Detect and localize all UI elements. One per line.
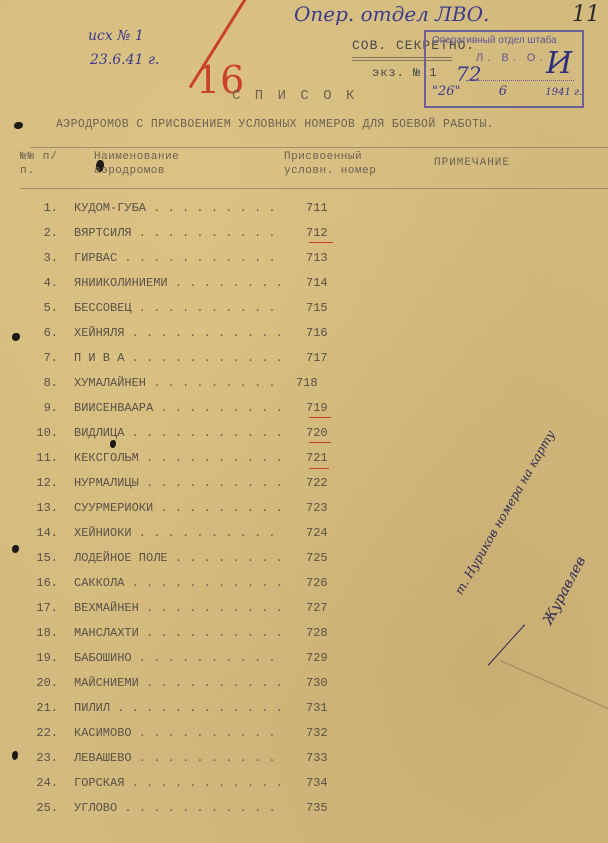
row-aerodrome-name: ВИИСЕНВААРА [74, 401, 284, 415]
outgoing-number: исх № 1 [88, 28, 144, 44]
row-code: 723 [306, 501, 328, 515]
row-code: 712 [306, 226, 328, 240]
row-aerodrome-name: ГИРВАС [74, 251, 284, 265]
header-name: Наименование аэродромов [94, 150, 204, 178]
row-code: 718 [296, 376, 318, 390]
row-index: 2. [28, 226, 58, 240]
stamp-date: "26" 6 1941 г. [432, 84, 582, 99]
row-code: 735 [306, 801, 328, 815]
row-index: 6. [28, 326, 58, 340]
row-aerodrome-name: САККОЛА [74, 576, 284, 590]
header-bottom-rule [20, 188, 608, 189]
row-code: 716 [306, 326, 328, 340]
outgoing-date: 23.6.41 г. [90, 52, 159, 68]
row-code: 713 [306, 251, 328, 265]
row-index: 10. [28, 426, 58, 440]
row-code: 733 [306, 751, 328, 765]
row-aerodrome-name: БАБОШИНО [74, 651, 284, 665]
row-index: 8. [28, 376, 58, 390]
stamp-department: Оперативный отдел штаба [432, 35, 557, 46]
row-index: 18. [28, 626, 58, 640]
row-code: 711 [306, 201, 328, 215]
row-index: 7. [28, 351, 58, 365]
red-underline [309, 242, 333, 243]
row-index: 20. [28, 676, 58, 690]
row-aerodrome-name: ГОРСКАЯ [74, 776, 284, 790]
row-code: 725 [306, 551, 328, 565]
row-aerodrome-name: БЕССОВЕЦ [74, 301, 284, 315]
row-index: 4. [28, 276, 58, 290]
stamp-district: Л. В. О. [476, 52, 546, 64]
row-aerodrome-name: СУУРМЕРИОКИ [74, 501, 284, 515]
row-index: 15. [28, 551, 58, 565]
header-note: ПРИМЕЧАНИЕ [434, 157, 510, 169]
stamp-date-day: "26" [432, 84, 461, 99]
row-aerodrome-name: ПИЛИЛ [74, 701, 284, 715]
row-aerodrome-name: КАСИМОВО [74, 726, 284, 740]
stamp-incoming-number: 72 [456, 62, 481, 86]
row-aerodrome-name: МАНСЛАХТИ [74, 626, 284, 640]
row-index: 12. [28, 476, 58, 490]
row-index: 1. [28, 201, 58, 215]
page-number: 11 [572, 2, 600, 27]
row-aerodrome-name: ЛОДЕЙНОЕ ПОЛЕ [74, 551, 284, 565]
document-subtitle: АЭРОДРОМОВ С ПРИСВОЕНИЕМ УСЛОВНЫХ НОМЕРО… [56, 118, 494, 131]
stamp-date-year: 1941 г. [545, 87, 582, 98]
header-code: Присвоенный условн. номер [284, 150, 394, 178]
red-underline [309, 417, 331, 418]
header-index: №№ п/п. [20, 150, 60, 178]
row-index: 14. [28, 526, 58, 540]
row-code: 731 [306, 701, 328, 715]
stamp-letter: И [546, 46, 572, 81]
row-index: 3. [28, 251, 58, 265]
row-aerodrome-name: ЯНИИКОЛИНИЕМИ [74, 276, 284, 290]
stamp-date-month: 6 [499, 84, 507, 99]
row-aerodrome-name: ВИДЛИЦА [74, 426, 284, 440]
row-code: 732 [306, 726, 328, 740]
row-code: 721 [306, 451, 328, 465]
row-index: 13. [28, 501, 58, 515]
row-code: 714 [306, 276, 328, 290]
row-aerodrome-name: П И В А [74, 351, 284, 365]
row-code: 715 [306, 301, 328, 315]
row-index: 22. [28, 726, 58, 740]
row-code: 720 [306, 426, 328, 440]
row-aerodrome-name: ХУМАЛАЙНЕН [74, 376, 284, 390]
red-underline [309, 442, 331, 443]
document-title: С П И С О К [232, 88, 357, 104]
row-code: 717 [306, 351, 328, 365]
row-index: 19. [28, 651, 58, 665]
row-index: 23. [28, 751, 58, 765]
row-index: 25. [28, 801, 58, 815]
red-underline [309, 468, 329, 469]
row-index: 16. [28, 576, 58, 590]
header-top-rule [30, 147, 608, 148]
row-aerodrome-name: УГЛОВО [74, 801, 284, 815]
row-aerodrome-name: НУРМАЛИЦЫ [74, 476, 284, 490]
row-code: 728 [306, 626, 328, 640]
row-aerodrome-name: ХЕЙНЯЛЯ [74, 326, 284, 340]
row-code: 722 [306, 476, 328, 490]
row-index: 17. [28, 601, 58, 615]
row-code: 734 [306, 776, 328, 790]
row-code: 726 [306, 576, 328, 590]
handwritten-department-note: Опер. отдел ЛВО. [294, 2, 489, 26]
row-aerodrome-name: МАЙСНИЕМИ [74, 676, 284, 690]
row-index: 24. [28, 776, 58, 790]
row-index: 9. [28, 401, 58, 415]
row-code: 729 [306, 651, 328, 665]
row-code: 719 [306, 401, 328, 415]
row-aerodrome-name: КЕКСГОЛЬМ [74, 451, 284, 465]
row-index: 11. [28, 451, 58, 465]
row-code: 730 [306, 676, 328, 690]
stamp-dotted-line [466, 80, 574, 81]
row-code: 724 [306, 526, 328, 540]
row-index: 5. [28, 301, 58, 315]
row-aerodrome-name: ВЕХМАЙНЕН [74, 601, 284, 615]
row-aerodrome-name: ХЕЙНИОКИ [74, 526, 284, 540]
row-aerodrome-name: КУДОМ-ГУБА [74, 201, 284, 215]
row-code: 727 [306, 601, 328, 615]
row-aerodrome-name: ВЯРТСИЛЯ [74, 226, 284, 240]
registry-stamp: Оперативный отдел штаба Л. В. О. 72 И "2… [424, 30, 584, 108]
row-index: 21. [28, 701, 58, 715]
row-aerodrome-name: ЛЕВАШЕВО [74, 751, 284, 765]
